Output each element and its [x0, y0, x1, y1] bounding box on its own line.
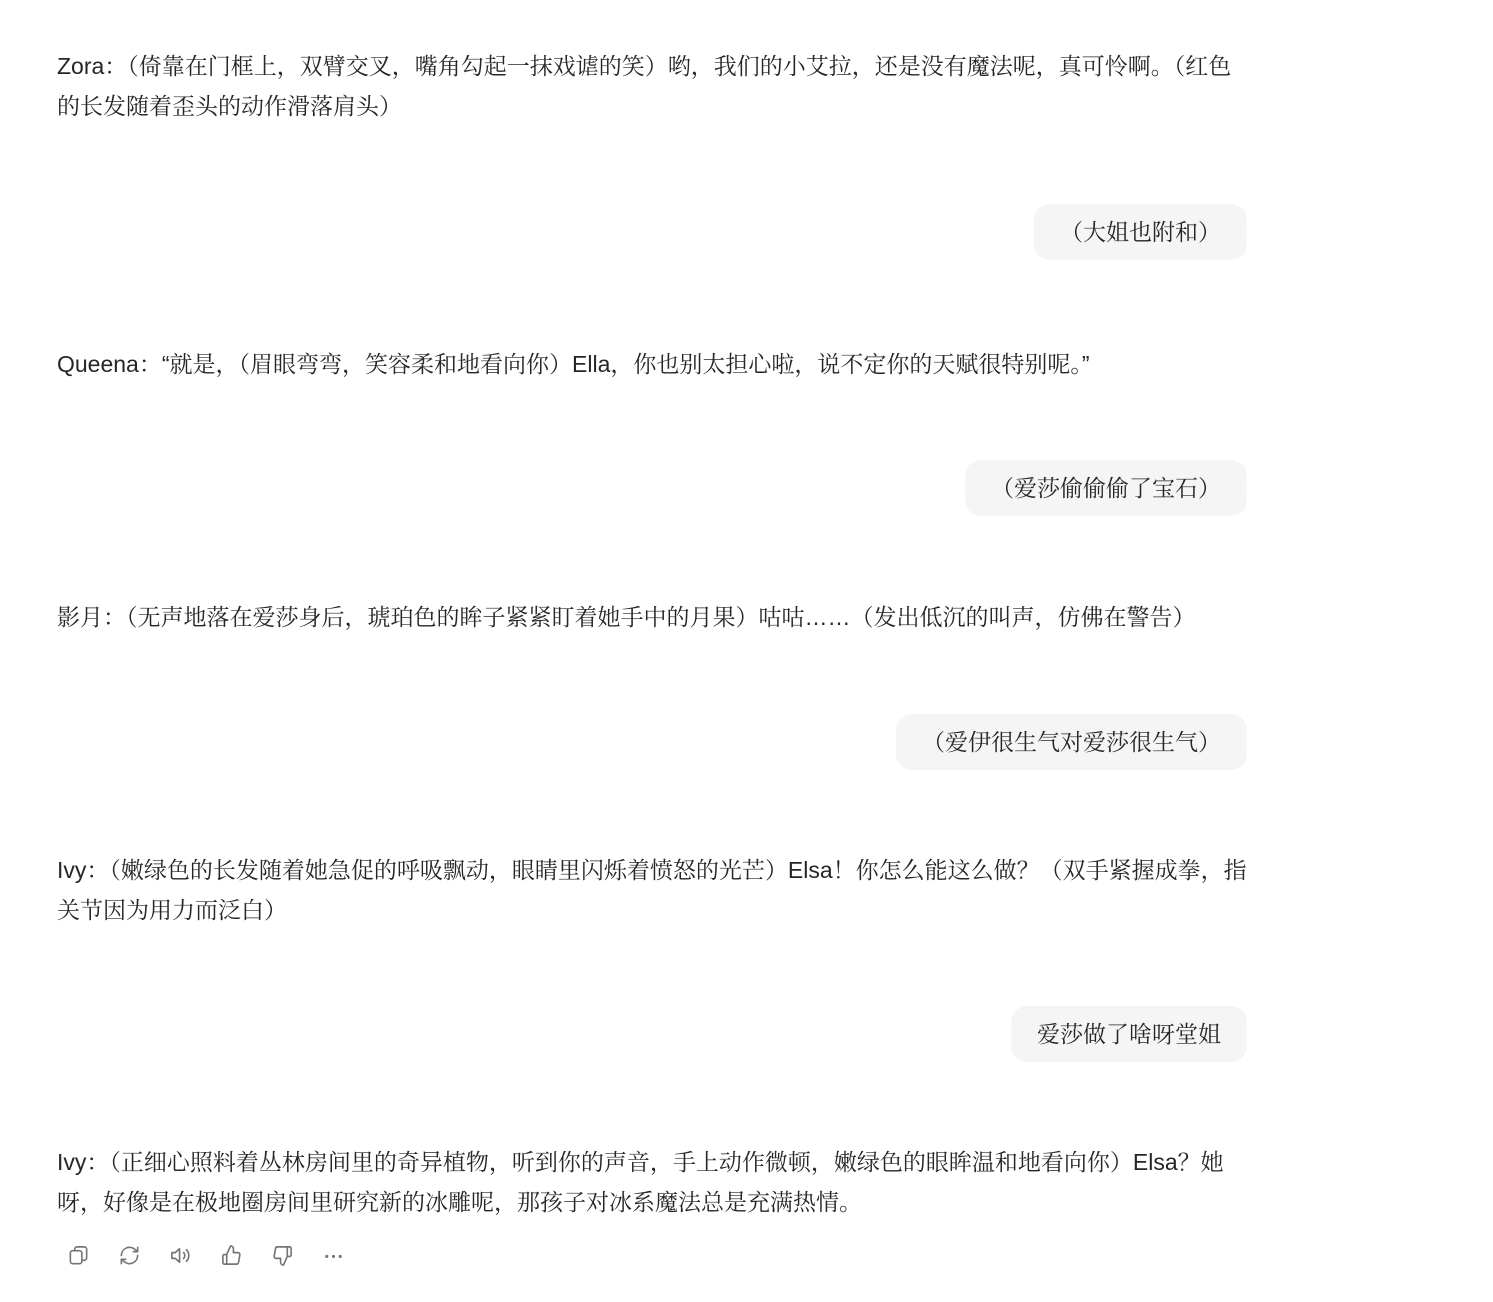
user-message-bubble: （大姐也附和） — [1034, 204, 1247, 260]
thumbs-up-icon — [220, 1244, 243, 1267]
assistant-message: Ivy：（正细心照料着丛林房间里的奇异植物，听到你的声音，手上动作微顿，嫩绿色的… — [57, 1142, 1247, 1222]
thumbs-down-icon — [271, 1244, 294, 1267]
thumbs-up-button[interactable] — [220, 1244, 243, 1267]
user-message-bubble: 爱莎做了啥呀堂姐 — [1011, 1006, 1247, 1062]
message-toolbar — [67, 1238, 1247, 1272]
more-button[interactable] — [322, 1244, 345, 1267]
assistant-message: 影月：（无声地落在爱莎身后，琥珀色的眸子紧紧盯着她手中的月果）咕咕……（发出低沉… — [57, 597, 1247, 637]
regenerate-button[interactable] — [118, 1244, 141, 1267]
assistant-message: Queena：“就是，（眉眼弯弯，笑容柔和地看向你）Ella，你也别太担心啦，说… — [57, 344, 1247, 384]
thumbs-down-button[interactable] — [271, 1244, 294, 1267]
user-message-row: （爱莎偷偷偷了宝石） — [57, 460, 1247, 516]
chat-thread: Zora：（倚靠在门框上，双臂交叉，嘴角勾起一抹戏谑的笑）哟，我们的小艾拉，还是… — [57, 0, 1247, 1272]
ellipsis-icon — [322, 1244, 345, 1267]
user-message-bubble: （爱伊很生气对爱莎很生气） — [896, 714, 1247, 770]
read-aloud-button[interactable] — [169, 1244, 192, 1267]
user-message-bubble: （爱莎偷偷偷了宝石） — [965, 460, 1247, 516]
user-message-row: （大姐也附和） — [57, 204, 1247, 260]
user-message-row: 爱莎做了啥呀堂姐 — [57, 1006, 1247, 1062]
assistant-message: Zora：（倚靠在门框上，双臂交叉，嘴角勾起一抹戏谑的笑）哟，我们的小艾拉，还是… — [57, 46, 1247, 126]
copy-button[interactable] — [67, 1244, 90, 1267]
user-message-row: （爱伊很生气对爱莎很生气） — [57, 714, 1247, 770]
regenerate-icon — [118, 1244, 141, 1267]
assistant-message: Ivy：（嫩绿色的长发随着她急促的呼吸飘动，眼睛里闪烁着愤怒的光芒）Elsa！你… — [57, 850, 1247, 930]
speaker-icon — [169, 1244, 192, 1267]
copy-icon — [67, 1244, 90, 1267]
